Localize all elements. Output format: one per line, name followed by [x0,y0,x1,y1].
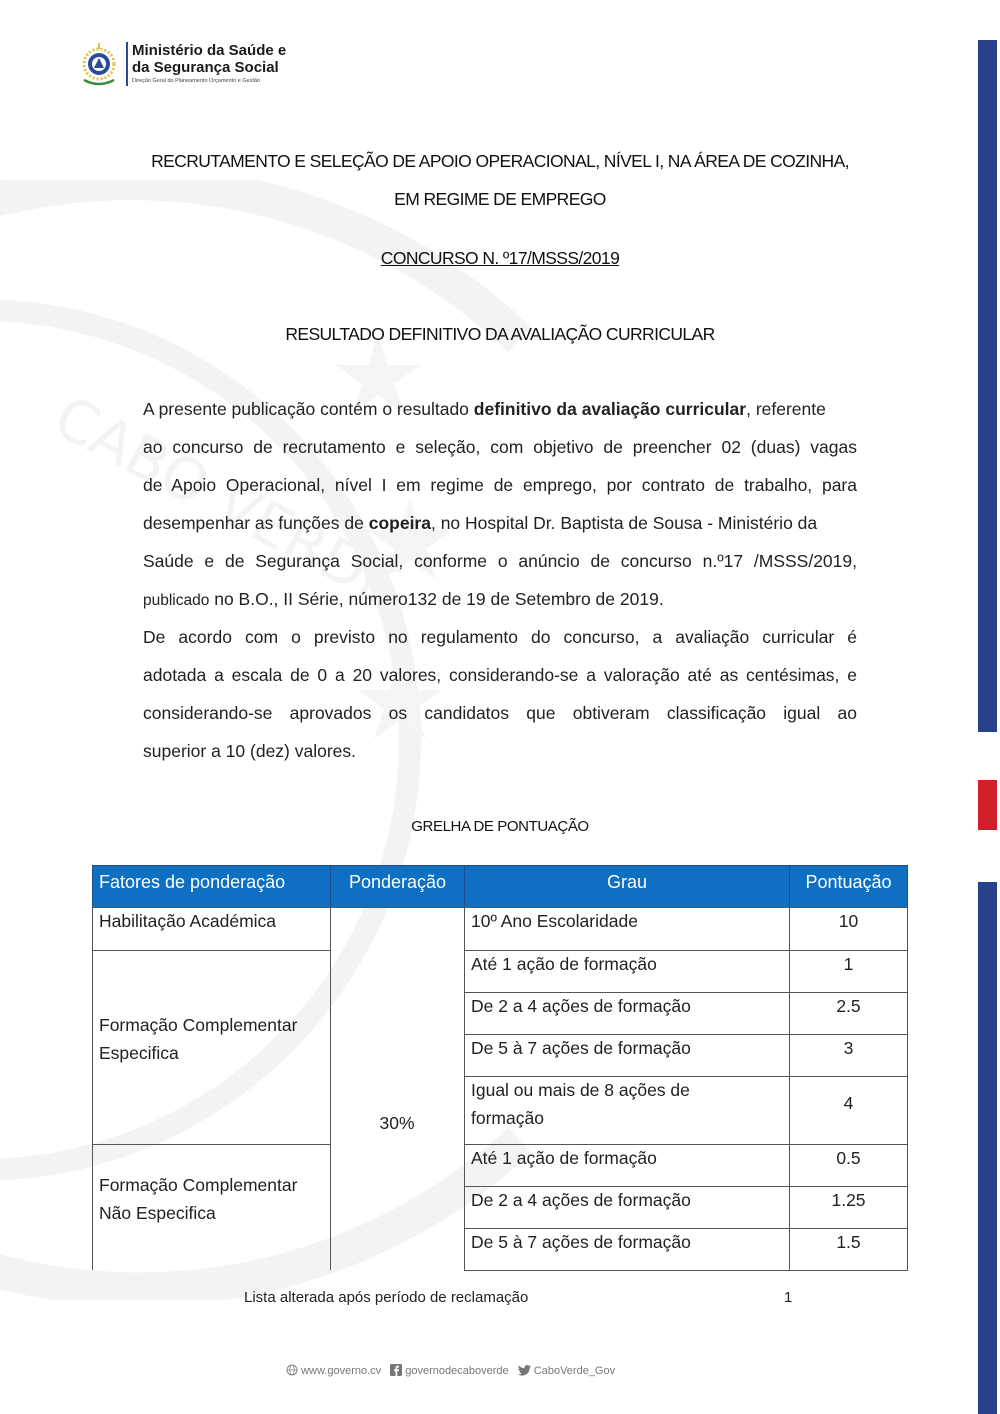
document-title-line-1: RECRUTAMENTO E SELEÇÃO DE APOIO OPERACIO… [100,151,900,172]
ministry-logo: Ministério da Saúde e da Segurança Socia… [78,38,278,90]
column-header-grade: Grau [464,865,790,908]
twitter-link[interactable]: CaboVerde_Gov [534,1365,615,1377]
score-cell: 1.5 [789,1228,908,1271]
document-title-line-2: EM REGIME DE EMPREGO [100,189,900,210]
twitter-icon [518,1365,531,1376]
facebook-icon [390,1364,402,1376]
facebook-link[interactable]: governodecaboverde [405,1365,508,1377]
score-value: 1 [790,954,907,975]
grade-label: De 2 a 4 ações de formação [471,996,691,1017]
grade-label: Até 1 ação de formação [471,954,657,975]
score-value: 2.5 [790,996,907,1017]
grid-title: GRELHA DE PONTUAÇÃO [300,818,700,835]
factor-label: Formação Complementar [99,1015,297,1036]
logo-line-2: da Segurança Social [132,59,279,76]
side-bar-red [978,780,997,830]
footer-note: Lista alterada após período de reclamaçã… [244,1289,528,1306]
header-label: Ponderação [331,872,464,893]
side-bar-blue-top [978,40,997,732]
text-span: A presente publicação contém o resultado [143,399,474,419]
globe-icon [286,1364,298,1376]
score-cell: 2.5 [789,992,908,1035]
grade-cell: Até 1 ação de formação [464,1144,790,1187]
score-value: 1.5 [790,1232,907,1253]
grade-cell: Até 1 ação de formação [464,950,790,993]
score-value: 3 [790,1038,907,1059]
score-value: 4 [790,1093,907,1114]
header-label: Fatores de ponderação [99,872,285,893]
page-number: 1 [784,1289,792,1306]
grade-cell: De 2 a 4 ações de formação [464,1186,790,1229]
grade-label: formação [471,1108,544,1129]
score-cell: 0.5 [789,1144,908,1187]
score-value: 0.5 [790,1148,907,1169]
text-span: , referente [746,399,826,419]
column-header-factors: Fatores de ponderação [92,865,331,908]
grade-label: De 2 a 4 ações de formação [471,1190,691,1211]
side-bar-blue-bottom [978,882,997,1414]
factor-label: Não Especifica [99,1203,216,1224]
logo-line-3: Direção Geral do Planeamento Orçamento e… [132,78,260,84]
grade-cell: De 2 a 4 ações de formação [464,992,790,1035]
weight-cell: 30% [330,907,465,1270]
factor-label: Especifica [99,1043,179,1064]
paragraph-line: considerando-se aprovados os candidatos … [143,703,857,724]
text-span: no B.O., II Série, número132 de 19 de Se… [209,589,663,609]
logo-line-1: Ministério da Saúde e [132,42,286,59]
factor-label: Habilitação Académica [99,911,276,932]
grade-label: Até 1 ação de formação [471,1148,657,1169]
paragraph-line: A presente publicação contém o resultado… [143,399,857,420]
paragraph-line: adotada a escala de 0 a 20 valores, cons… [143,665,857,686]
score-cell: 3 [789,1034,908,1077]
paragraph-line: Saúde e de Segurança Social, conforme o … [143,551,857,572]
paragraph-line: desempenhar as funções de copeira, no Ho… [143,513,857,534]
text-span: publicado [143,592,209,609]
score-value: 1.25 [790,1190,907,1211]
header-label: Pontuação [790,872,907,893]
paragraph-line: de Apoio Operacional, nível I em regime … [143,475,857,496]
grade-label: De 5 à 7 ações de formação [471,1038,691,1059]
grade-label: 10º Ano Escolaridade [471,911,638,932]
grade-cell: 10º Ano Escolaridade [464,907,790,951]
paragraph-line: publicado no B.O., II Série, número132 d… [143,589,857,610]
result-heading: RESULTADO DEFINITIVO DA AVALIAÇÃO CURRIC… [100,324,900,345]
score-value: 10 [790,911,907,932]
weight-value: 30% [330,1113,464,1134]
grade-cell: De 5 à 7 ações de formação [464,1228,790,1271]
score-cell: 10 [789,907,908,951]
score-cell: 4 [789,1076,908,1145]
header-label: Grau [465,872,789,893]
grade-cell: Igual ou mais de 8 ações de formação [464,1076,790,1145]
column-header-score: Pontuação [789,865,908,908]
grade-cell: De 5 à 7 ações de formação [464,1034,790,1077]
factor-cell: Formação Complementar Especifica [92,950,331,1145]
social-links: www.governo.cv governodecaboverde CaboVe… [286,1364,621,1377]
paragraph-line: ao concurso de recrutamento e seleção, c… [143,437,857,458]
score-cell: 1 [789,950,908,993]
column-header-weight: Ponderação [330,865,465,908]
text-bold: definitivo da avaliação curricular [474,399,746,419]
score-cell: 1.25 [789,1186,908,1229]
text-span: desempenhar as funções de [143,513,369,533]
website-link[interactable]: www.governo.cv [301,1365,381,1377]
paragraph-line: superior a 10 (dez) valores. [143,741,857,762]
grade-label: Igual ou mais de 8 ações de [471,1080,690,1101]
factor-cell: Habilitação Académica [92,907,331,951]
logo-divider [126,42,128,86]
paragraph-line: De acordo com o previsto no regulamento … [143,627,857,648]
factor-label: Formação Complementar [99,1175,297,1196]
grade-label: De 5 à 7 ações de formação [471,1232,691,1253]
text-span: , no Hospital Dr. Baptista de Sousa - Mi… [431,513,817,533]
concurso-number: CONCURSO N. º17/MSSS/2019 [100,248,900,269]
text-bold: copeira [369,513,431,533]
coat-of-arms-icon [78,42,120,88]
factor-cell: Formação Complementar Não Especifica [92,1144,331,1270]
